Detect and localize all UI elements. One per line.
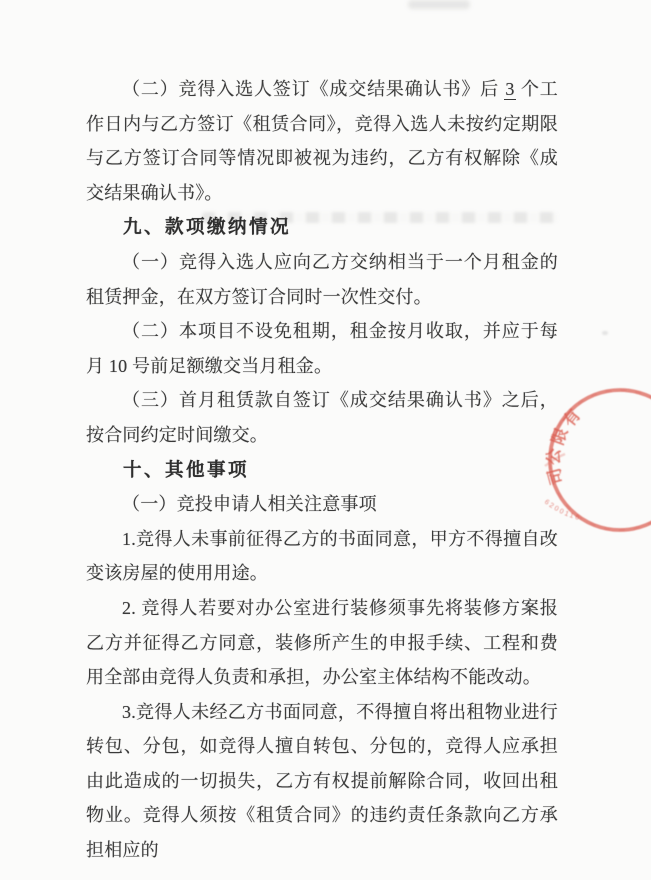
section-heading: 九、款项缴纳情况 xyxy=(86,210,558,245)
scan-smudge-top xyxy=(408,0,470,9)
underlined-number: 3 xyxy=(504,79,515,100)
text-run: （一）竞得入选人应向乙方交纳相当于一个月租金的租赁押金，在双方签订合同时一次性交… xyxy=(86,252,558,307)
paragraph: 1.竞得人未事前征得乙方的书面同意，甲方不得擅自改变该房屋的使用用途。 xyxy=(86,522,558,591)
text-run: 九、款项缴纳情况 xyxy=(123,216,291,237)
paragraph: 3.竞得人未经乙方书面同意，不得擅自将出租物业进行转包、分包，如竞得人擅自转包、… xyxy=(86,695,558,868)
text-run: （二）本项目不设免租期，租金按月收取，并应于每月 10 号前足额缴交当月租金。 xyxy=(86,321,558,376)
seal-char: 有 xyxy=(558,405,584,431)
seal-ring xyxy=(550,390,651,530)
paragraph: （三）首月租赁款自签订《成交结果确认书》之后，按合同约定时间缴交。 xyxy=(86,383,558,452)
section-heading: 十、其他事项 xyxy=(86,453,558,488)
seal-ring-texture xyxy=(550,390,651,530)
text-run: 1.竞得人未事前征得乙方的书面同意，甲方不得擅自改变该房屋的使用用途。 xyxy=(86,529,558,584)
text-run: （一）竞投申请人相关注意事项 xyxy=(122,494,377,514)
scan-speck xyxy=(602,331,608,335)
text-run: 2. 竞得人若要对办公室进行装修须事先将装修方案报乙方并征得乙方同意，装修所产生… xyxy=(86,598,558,687)
paragraph: （二）本项目不设免租期，租金按月收取，并应于每月 10 号前足额缴交当月租金。 xyxy=(86,314,558,383)
text-run: （三）首月租赁款自签订《成交结果确认书》之后，按合同约定时间缴交。 xyxy=(86,390,558,445)
document-page: （二）竞得入选人签订《成交结果确认书》后 3 个工作日内与乙方签订《租赁合同》，… xyxy=(0,0,651,880)
paragraph: （二）竞得入选人签订《成交结果确认书》后 3 个工作日内与乙方签订《租赁合同》，… xyxy=(86,72,558,210)
text-run: 3.竞得人未经乙方书面同意，不得擅自将出租物业进行转包、分包，如竞得人擅自转包、… xyxy=(86,702,558,860)
text-run: 十、其他事项 xyxy=(123,459,249,480)
document-body: （二）竞得入选人签订《成交结果确认书》后 3 个工作日内与乙方签订《租赁合同》，… xyxy=(86,72,558,868)
text-run: （二）竞得入选人签订《成交结果确认书》后 xyxy=(122,79,504,99)
paragraph: 2. 竞得人若要对办公室进行装修须事先将装修方案报乙方并征得乙方同意，装修所产生… xyxy=(86,591,558,695)
paragraph: （一）竞投申请人相关注意事项 xyxy=(86,487,558,522)
paragraph: （一）竞得入选人应向乙方交纳相当于一个月租金的租赁押金，在双方签订合同时一次性交… xyxy=(86,245,558,314)
